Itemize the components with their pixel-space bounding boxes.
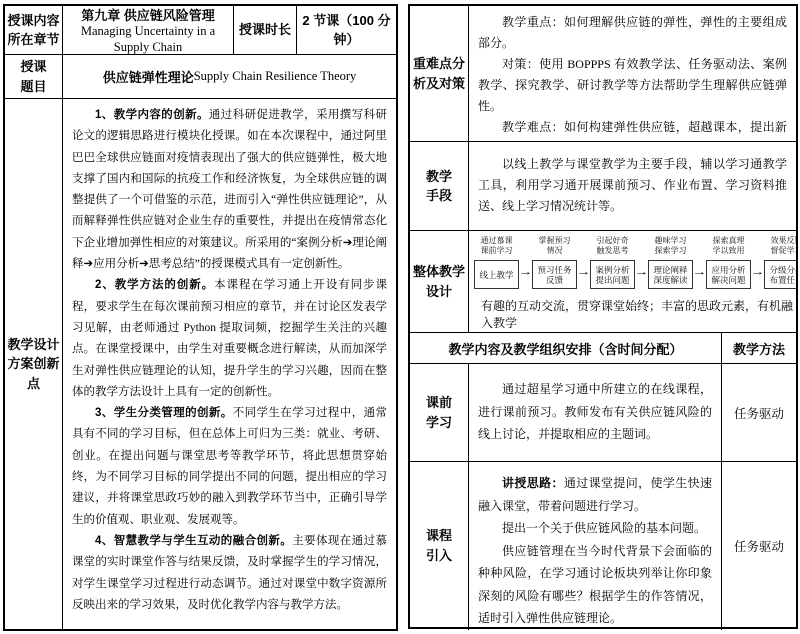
- lesson-plan-right-table: 重难点分 析及对策 教学重点：如何理解供应链的弹性，弹性的主要组成部分。对策：使…: [408, 4, 798, 629]
- flow-arrow-icon: →: [576, 267, 590, 278]
- overall-design-row: 整体教学 设计 通过慕课 课前学习线上教学→掌握预习 情况预习任务 反馈→引起好…: [410, 231, 796, 333]
- means-content: 以线上教学与课堂教学为主要手段，辅以学习通教学工具，利用学习通开展课前预习、作业…: [469, 142, 796, 230]
- schedule-header-row: 教学内容及教学组织安排（含时间分配） 教学方法: [410, 333, 796, 364]
- innovation-row: 教学设计 方案创新 点 1、教学内容的创新。通过科研促进教学，采用撰写科研论文的…: [5, 99, 396, 629]
- duration-value: 2 节课（100 分钟）: [297, 6, 396, 54]
- paragraph-text: 通过科研促进教学，采用撰写科研论文的逻辑思路进行模块化授课。如在本次课程中，通过…: [72, 109, 387, 270]
- lesson-plan-left-table: 授课内容 所在章节 第九章 供应链风险管理 Managing Uncertain…: [3, 4, 398, 631]
- paragraph-text: 提出一个关于供应链风险的基本问题。: [502, 521, 706, 535]
- paragraph: 4、智慧教学与学生互动的融合创新。主要体现在通过慕课堂的实时课堂作答与结果反馈，…: [72, 531, 387, 616]
- flow-step: 引起好奇 触发思考案例分析 提出问题: [589, 234, 636, 289]
- paragraph-lead: 讲授思路：: [502, 476, 564, 490]
- means-row: 教学 手段 以线上教学与课堂教学为主要手段，辅以学习通教学工具，利用学习通开展课…: [410, 142, 796, 231]
- lesson-title-cn: 供应链弹性理论: [103, 67, 194, 86]
- pre-class-method: 任务驱动: [722, 364, 796, 461]
- paragraph: 提出一个关于供应链风险的基本问题。: [478, 517, 712, 540]
- difficulty-content: 教学重点：如何理解供应链的弹性，弹性的主要组成部分。对策：使用 BOPPPS 有…: [469, 6, 796, 141]
- paragraph-lead: 2、教学方法的创新。: [95, 279, 214, 291]
- pre-class-row: 课前 学习 通过超星学习通中所建立的在线课程，进行课前预习。教师发布有关供应链风…: [410, 364, 796, 462]
- flow-step-caption: 掌握预习 情况: [539, 234, 571, 258]
- section-row: 授课内容 所在章节 第九章 供应链风险管理 Managing Uncertain…: [5, 6, 396, 55]
- flow-step: 效果反馈 督促学习分级分类 布置任务: [763, 234, 796, 289]
- paragraph: 供应链管理在当今时代背景下会面临的种种风险，在学习通讨论板块列举让你印象深刻的风…: [478, 540, 712, 630]
- paragraph: 通过超星学习通中所建立的在线课程，进行课前预习。教师发布有关供应链风险的线上讨论…: [478, 378, 712, 446]
- paragraph-lead: 4、智慧教学与学生互动的融合创新。: [95, 535, 292, 547]
- flow-step: 掌握预习 情况预习任务 反馈: [531, 234, 578, 289]
- difficulty-row: 重难点分 析及对策 教学重点：如何理解供应链的弹性，弹性的主要组成部分。对策：使…: [410, 6, 796, 142]
- flow-arrow-icon: →: [518, 267, 532, 278]
- flow-step-caption: 效果反馈 督促学习: [771, 234, 797, 258]
- flow-step-box: 预习任务 反馈: [532, 260, 577, 289]
- schedule-header-method: 教学方法: [722, 333, 796, 363]
- course-intro-row: 课程 引入 讲授思路：通过课堂提问，使学生快速融入课堂，带着问题进行学习。提出一…: [410, 462, 796, 630]
- flow-step-box: 案例分析 提出问题: [590, 260, 635, 289]
- paragraph-text: 不同学生在学习过程中，通常具有不同的学习目标，但在总体上可归为三类：就业、考研、…: [72, 407, 387, 525]
- innovation-content: 1、教学内容的创新。通过科研促进教学，采用撰写科研论文的逻辑思路进行模块化授课。…: [63, 99, 396, 629]
- paragraph-text: 本课程在学习通上开设有同步课程，要求学生在每次课前预习相应的章节，并在讨论区发表…: [72, 279, 387, 397]
- duration-label: 授课时长: [234, 6, 297, 54]
- course-intro-content: 讲授思路：通过课堂提问，使学生快速融入课堂，带着问题进行学习。提出一个关于供应链…: [469, 462, 722, 630]
- paragraph: 2、教学方法的创新。本课程在学习通上开设有同步课程，要求学生在每次课前预习相应的…: [72, 275, 387, 403]
- pre-class-label: 课前 学习: [410, 364, 469, 461]
- paragraph: 3、学生分类管理的创新。不同学生在学习过程中，通常具有不同的学习目标，但在总体上…: [72, 403, 387, 531]
- paragraph: 教学重点：如何理解供应链的弹性，弹性的主要组成部分。: [478, 12, 787, 54]
- flow-step: 通过慕课 课前学习线上教学: [473, 234, 520, 289]
- overall-design-content: 通过慕课 课前学习线上教学→掌握预习 情况预习任务 反馈→引起好奇 触发思考案例…: [469, 231, 796, 332]
- paragraph-lead: 1、教学内容的创新。: [95, 109, 209, 121]
- lesson-title-cell: 供应链弹性理论 Supply Chain Resilience Theory: [63, 55, 396, 98]
- course-intro-label: 课程 引入: [410, 462, 469, 630]
- lesson-title-en: Supply Chain Resilience Theory: [194, 69, 357, 85]
- pre-class-content: 通过超星学习通中所建立的在线课程，进行课前预习。教师发布有关供应链风险的线上讨论…: [469, 364, 722, 461]
- title-label: 授课 题目: [5, 55, 63, 98]
- paragraph-text: 对策：使用 BOPPPS 有效教学法、任务驱动法、案例教学、探究教学、研讨教学等…: [478, 57, 787, 113]
- course-intro-method: 任务驱动: [722, 462, 796, 630]
- flow-arrow-icon: →: [692, 267, 706, 278]
- paragraph-text: 教学难点：如何构建弹性供应链，超越课本，提出新理念。: [478, 120, 787, 141]
- paragraph: 教学难点：如何构建弹性供应链，超越课本，提出新理念。: [478, 117, 787, 141]
- paragraph-text: 供应链管理在当今时代背景下会面临的种种风险，在学习通讨论板块列举让你印象深刻的风…: [478, 544, 712, 626]
- flow-step-box: 分级分类 布置任务: [764, 260, 796, 289]
- flow-step-caption: 通过慕课 课前学习: [481, 234, 513, 258]
- paragraph-lead: 3、学生分类管理的创新。: [95, 407, 233, 419]
- means-label: 教学 手段: [410, 142, 469, 230]
- paragraph: 讲授思路：通过课堂提问，使学生快速融入课堂，带着问题进行学习。: [478, 472, 712, 517]
- flow-arrow-icon: →: [634, 267, 648, 278]
- chapter-title-en: Managing Uncertainty in a Supply Chain: [67, 24, 229, 54]
- flow-step-caption: 趣味学习 探索学习: [655, 234, 687, 258]
- chapter-title-cn: 第九章 供应链风险管理: [81, 6, 215, 24]
- paragraph-text: 通过超星学习通中所建立的在线课程，进行课前预习。教师发布有关供应链风险的线上讨论…: [478, 382, 712, 441]
- flow-step: 趣味学习 探索学习理论阐释 深度解读: [647, 234, 694, 289]
- flow-step: 探索真理 学以致用应用分析 解决问题: [705, 234, 752, 289]
- paragraph-text: 以线上教学与课堂教学为主要手段，辅以学习通教学工具，利用学习通开展课前预习、作业…: [478, 157, 787, 213]
- flow-step-caption: 引起好奇 触发思考: [597, 234, 629, 258]
- chapter-cell: 第九章 供应链风险管理 Managing Uncertainty in a Su…: [63, 6, 234, 54]
- innovation-label: 教学设计 方案创新 点: [5, 99, 63, 629]
- section-label: 授课内容 所在章节: [5, 6, 63, 54]
- teaching-flowchart: 通过慕课 课前学习线上教学→掌握预习 情况预习任务 反馈→引起好奇 触发思考案例…: [473, 234, 793, 289]
- paragraph: 对策：使用 BOPPPS 有效教学法、任务驱动法、案例教学、探究教学、研讨教学等…: [478, 54, 787, 117]
- flow-step-box: 线上教学: [474, 260, 519, 289]
- paragraph: 1、教学内容的创新。通过科研促进教学，采用撰写科研论文的逻辑思路进行模块化授课。…: [72, 105, 387, 275]
- difficulty-label: 重难点分 析及对策: [410, 6, 469, 141]
- flow-step-box: 应用分析 解决问题: [706, 260, 751, 289]
- flow-arrow-icon: →: [750, 267, 764, 278]
- flow-step-caption: 探索真理 学以致用: [713, 234, 745, 258]
- paragraph-text: 教学重点：如何理解供应链的弹性，弹性的主要组成部分。: [478, 15, 787, 50]
- flowchart-footer: 有趣的互动交流，贯穿课堂始终；丰富的思政元素，有机融入教学: [473, 289, 793, 331]
- schedule-header-content: 教学内容及教学组织安排（含时间分配）: [410, 333, 722, 363]
- paragraph: 以线上教学与课堂教学为主要手段，辅以学习通教学工具，利用学习通开展课前预习、作业…: [478, 154, 787, 217]
- title-row: 授课 题目 供应链弹性理论 Supply Chain Resilience Th…: [5, 55, 396, 99]
- overall-design-label: 整体教学 设计: [410, 231, 469, 332]
- flow-step-box: 理论阐释 深度解读: [648, 260, 693, 289]
